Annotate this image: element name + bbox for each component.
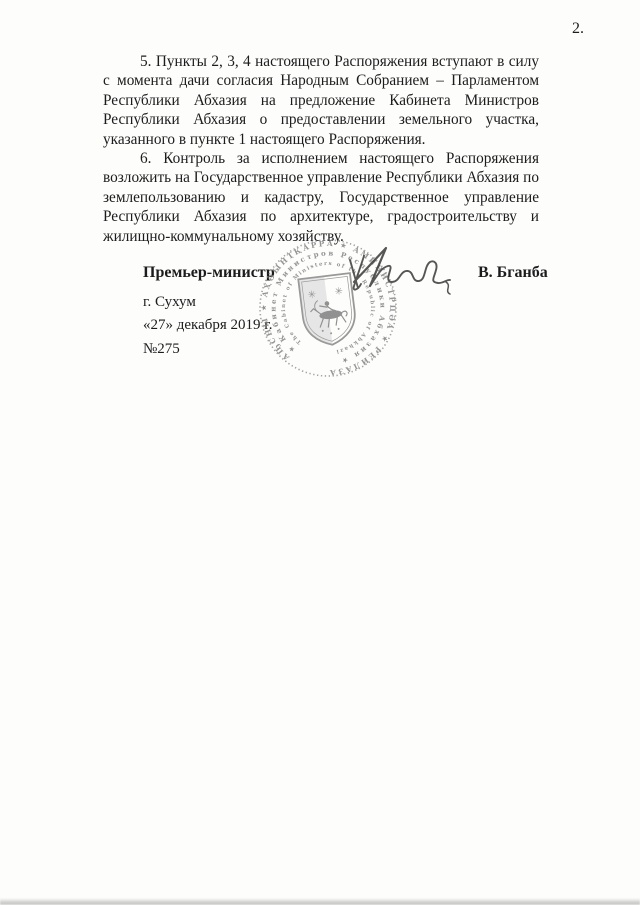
page-number: 2.	[572, 20, 584, 38]
signature-scrawl	[320, 236, 470, 306]
paragraph-5: 5. Пункты 2, 3, 4 настоящего Распоряжени…	[103, 52, 539, 149]
signer-name: В. Бганба	[478, 264, 548, 282]
document-body: 5. Пункты 2, 3, 4 настоящего Распоряжени…	[103, 52, 539, 246]
place-line: г. Сухум	[143, 294, 196, 311]
document-page: 2. 5. Пункты 2, 3, 4 настоящего Распоряж…	[0, 0, 640, 905]
document-number: №275	[143, 341, 180, 358]
date-line: «27» декабря 2019 г.	[143, 317, 273, 334]
signature-stroke	[354, 248, 386, 286]
scan-artifact-bottom-edge	[0, 898, 640, 905]
signature-stroke	[370, 261, 450, 286]
signature-stroke	[446, 282, 450, 294]
star-icon: ✳	[307, 289, 317, 301]
paragraph-6: 6. Контроль за исполнением настоящего Ра…	[103, 149, 539, 246]
